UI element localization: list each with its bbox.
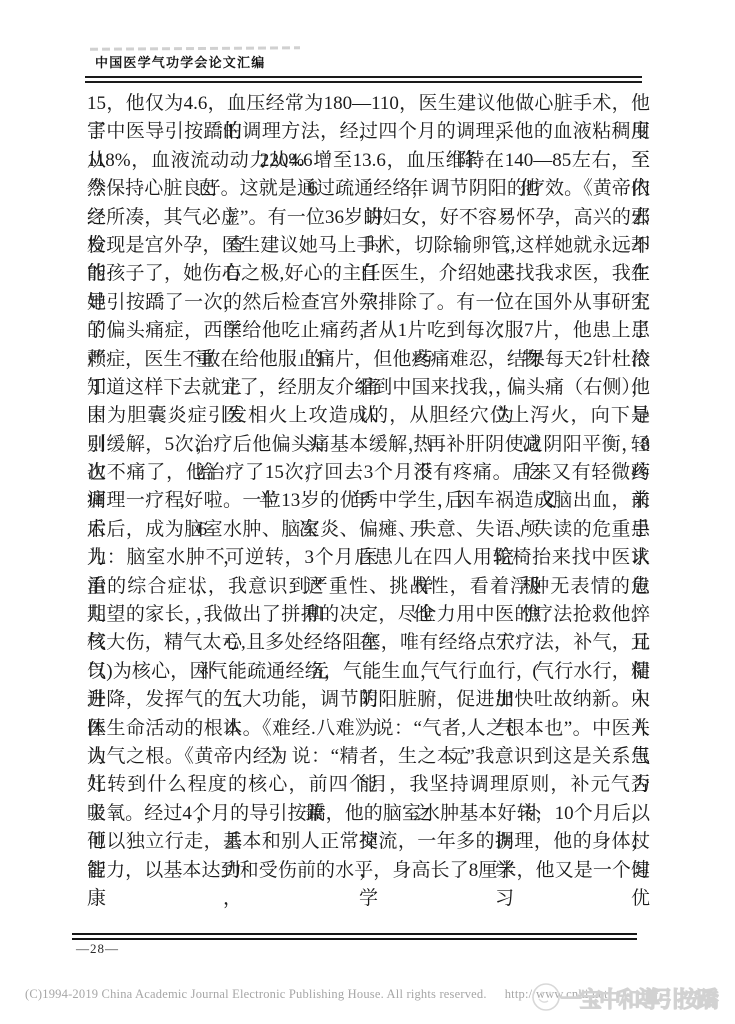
body-text: 15，他仅为4.6，血压经常为180—110，医生建议他做心脏手术，他害怕，采用… xyxy=(87,90,650,885)
watermark-logo-icon xyxy=(531,982,561,1012)
text-line: 知道这样下去就完了，经朋友介绍到中国来找我，偏头痛（右侧），中医认为是 xyxy=(87,374,650,402)
text-line: 之所凑，其气必虚”。有一位36岁的妇女，好不容易怀孕，高兴的去检查时,却 xyxy=(87,204,650,232)
footer-double-rule xyxy=(72,933,637,940)
text-line: 为气之根。《黄帝内经》说：“精者，生之本。”我意识到这是关系患儿能否 xyxy=(87,743,650,771)
text-line: 导引按蹻了一次，然后检查宫外孕排除了。有一位在国外从事研究的学者；患 xyxy=(87,289,650,317)
text-line: 了中医导引按蹻的调理方法，经过四个月的调理，他的血液粘稠度从220%降至 xyxy=(87,118,650,146)
text-line: 升降，发挥气的五大功能，调节阴阳脏腑，促进加快吐故纳新。中医认为气人 xyxy=(87,686,650,714)
text-line: 赖症，医生不敢在给他服止痛片，但他疼痛难忍，结果每天2针杜冷丁止痛，他 xyxy=(87,346,650,374)
text-line: 吸氧。经过4个月的导引按蹻，他的脑室水肿基本好转，10个月后，他丢掉拐杖 xyxy=(87,800,650,828)
text-line: 好转到什么程度的核心，前四个月，我坚持调理原则，补元气为主，兼之补以 xyxy=(87,771,650,799)
text-line: 118%，血液流动动力从4.6增至13.6，血压维持在140—85左右，至今已6… xyxy=(87,147,650,175)
text-line: 发现是宫外孕，医生建议她马上手术，切除输卵管,这样她就永远不能有自己生 xyxy=(87,232,650,260)
scan-artifact xyxy=(90,46,300,50)
text-line: 体生命活动的根本。《难经.八难》说：“气者,人之根本也”。中医并认为元气 xyxy=(87,715,650,743)
text-line: 术后，成为脑室水肿、脑室炎、偏瘫、失意、失语、失读的危重患儿，医院认 xyxy=(87,516,650,544)
scanned-page: 中国医学气功学会论文汇编 15，他仅为4.6，血压经常为180—110，医生建议… xyxy=(0,0,735,1024)
text-line: 则缓解，5次治疗后他偏头痛基本缓解，再补肝阴使之阴阳平衡，8次治疗不吃药 xyxy=(87,431,650,459)
text-line: 然保持心脏良好。这就是通过疏通经络，调节阴阳的疗效。《黄帝内经》讲“邪 xyxy=(87,175,650,203)
watermark-text: 一宝中和導引按蹻 xyxy=(560,983,716,1014)
header-double-rule xyxy=(85,76,642,83)
text-line: 气大伤，精气太亏,且多处经络阻塞，唯有经络点穴疗法，补气，且以补元气(精 xyxy=(87,629,650,657)
text-line: 15，他仅为4.6，血压经常为180—110，医生建议他做心脏手术，他害怕，采用 xyxy=(87,90,650,118)
text-line: 因为胆囊炎症引发相火上攻造成的，从胆经穴位上泻火，向下导引，头热减轻 xyxy=(87,402,650,430)
text-line: 期望的家长，我做出了拼搏的决定，尽全力用中医的疗法抢救他。核心在于元 xyxy=(87,601,650,629)
text-line: 了偏头痛症，西医给他吃止痛药，从1片吃到每次服7片，他患上了严重的药物依 xyxy=(87,317,650,345)
text-line: 调理一疗程好啦。一位13岁的优秀中学生，因车祸造成脑出血，前后6次开颅手 xyxy=(87,487,650,515)
text-line: 气)为核心，因气能疏通经络，气能生血，气行血行，气行水行，促进气的出入 xyxy=(87,658,650,686)
copyright-text: (C)1994-2019 China Academic Journal Elec… xyxy=(25,987,487,1001)
text-line: 的孩子了，她伤心之极,好心的主任医生，介绍她来找我求医，我在她的穴位上 xyxy=(87,260,650,288)
text-line: 能力，以基本达到和受伤前的水平，身高长了8厘米，他又是一个健康，学习优 xyxy=(87,857,650,885)
text-line: 重的综合症状，我意识到严重性、挑战性，看着浮肿无表情的患儿，和他憔悴 xyxy=(87,573,650,601)
text-line: 为：脑室水肿不可逆转，3个月后患儿在四人用轮椅抬来找中医求治，这样极危 xyxy=(87,544,650,572)
page-header-title: 中国医学气功学会论文汇编 xyxy=(95,52,265,71)
text-line: 也不痛了，他治疗了15次，回去3个月没有疼痛。后来又有轻微疼痛,半年后又来 xyxy=(87,459,650,487)
page-number: —28— xyxy=(76,941,119,957)
text-line: 可以独立行走，基本和别人正常交流，一年多的调理，他的身体，智力，学习 xyxy=(87,828,650,856)
